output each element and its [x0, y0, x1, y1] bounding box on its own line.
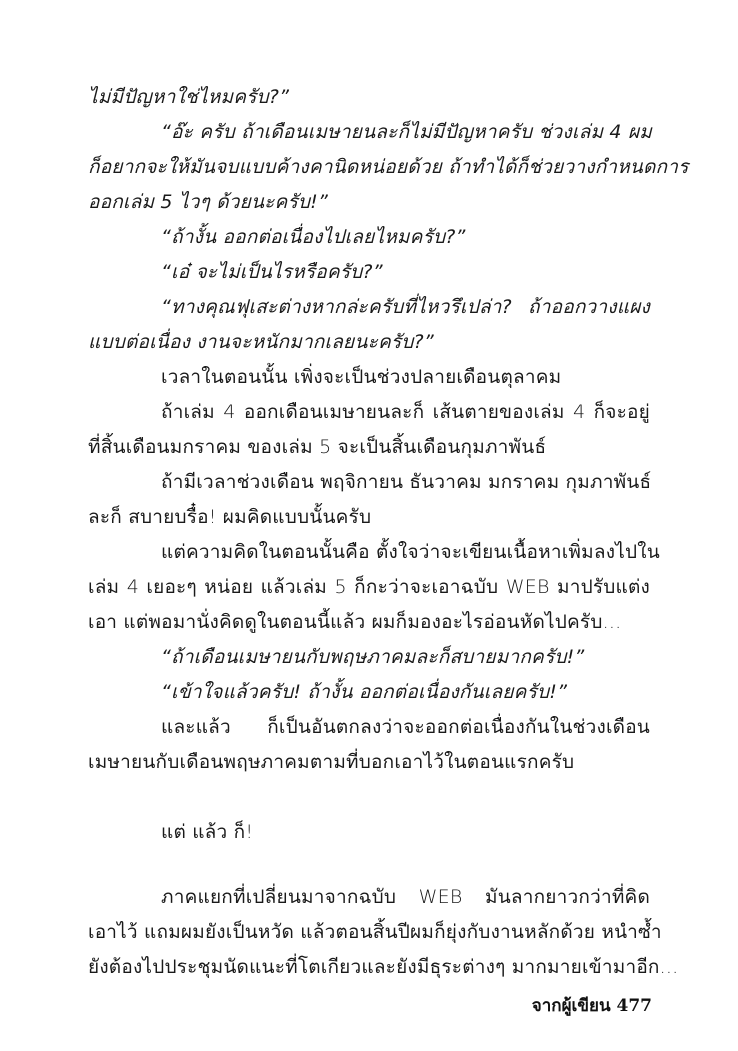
text-line-6: “เอ๋ จะไม่เป็นไรหรือครับ?”: [161, 259, 383, 285]
text-line-23: เอาไว้ แถมผมยังเป็นหวัด แล้วตอนสิ้นปีผมก…: [88, 919, 650, 945]
text-line-13: ละก็ สบายบรื๋อ! ผมคิดแบบนั้นครับ: [88, 504, 371, 530]
text-line-9: เวลาในตอนนั้น เพิ่งจะเป็นช่วงปลายเดือนตุ…: [161, 364, 561, 390]
text-line-21: แต่ แล้ว ก็!: [161, 819, 253, 845]
text-line-20: เมษายนกับเดือนพฤษภาคมตามที่บอกเอาไว้ในตอ…: [88, 749, 574, 775]
book-page: ไม่มีปัญหาใช่ไหมครับ?” “อ๊ะ ครับ ถ้าเดือ…: [0, 0, 738, 1051]
text-line-10: ถ้าเล่ม 4 ออกเดือนเมษายนละก็ เส้นตายของเ…: [161, 399, 650, 425]
text-line-11: ที่สิ้นเดือนมกราคม ของเล่ม 5 จะเป็นสิ้นเ…: [88, 434, 546, 460]
text-line-7: “ทางคุณฟุเสะต่างหากล่ะครับที่ไหวรึเปล่า?…: [161, 294, 650, 320]
text-line-8: แบบต่อเนื่อง งานจะหนักมากเลยนะครับ?”: [88, 329, 434, 355]
text-line-14: แต่ความคิดในตอนนั้นคือ ตั้งใจว่าจะเขียนเ…: [161, 539, 650, 565]
page-footer: จากผู้เขียน 477: [532, 992, 652, 1019]
text-line-18: “เข้าใจแล้วครับ! ถ้างั้น ออกต่อเนื่องกัน…: [161, 679, 567, 705]
text-line-19: และแล้ว ก็เป็นอันตกลงว่าจะออกต่อเนื่องกั…: [161, 714, 650, 740]
text-line-4: ออกเล่ม 5 ไวๆ ด้วยนะครับ!”: [88, 189, 328, 215]
text-line-1: ไม่มีปัญหาใช่ไหมครับ?”: [88, 84, 289, 110]
text-line-2: “อ๊ะ ครับ ถ้าเดือนเมษายนละก็ไม่มีปัญหาคร…: [161, 119, 650, 145]
text-line-24: ยังต้องไปประชุมนัดแนะที่โตเกียวและยังมีธ…: [88, 954, 650, 980]
page-number: 477: [617, 996, 653, 1016]
footer-section-title: จากผู้เขียน: [532, 996, 611, 1016]
text-line-17: “ถ้าเดือนเมษายนกับพฤษภาคมละก็สบายมากครับ…: [161, 644, 584, 670]
text-line-15: เล่ม 4 เยอะๆ หน่อย แล้วเล่ม 5 ก็กะว่าจะเ…: [88, 574, 650, 600]
text-line-3: ก็อยากจะให้มันจบแบบค้างคานิดหน่อยด้วย ถ้…: [88, 154, 650, 180]
text-line-12: ถ้ามีเวลาช่วงเดือน พฤจิกายน ธันวาคม มกรา…: [161, 469, 650, 495]
text-line-5: “ถ้างั้น ออกต่อเนื่องไปเลยไหมครับ?”: [161, 224, 466, 250]
text-line-16: เอา แต่พอมานั่งคิดดูในตอนนี้แล้ว ผมก็มอง…: [88, 609, 621, 635]
text-line-22: ภาคแยกที่เปลี่ยนมาจากฉบับ WEB มันลากยาวก…: [161, 884, 650, 910]
